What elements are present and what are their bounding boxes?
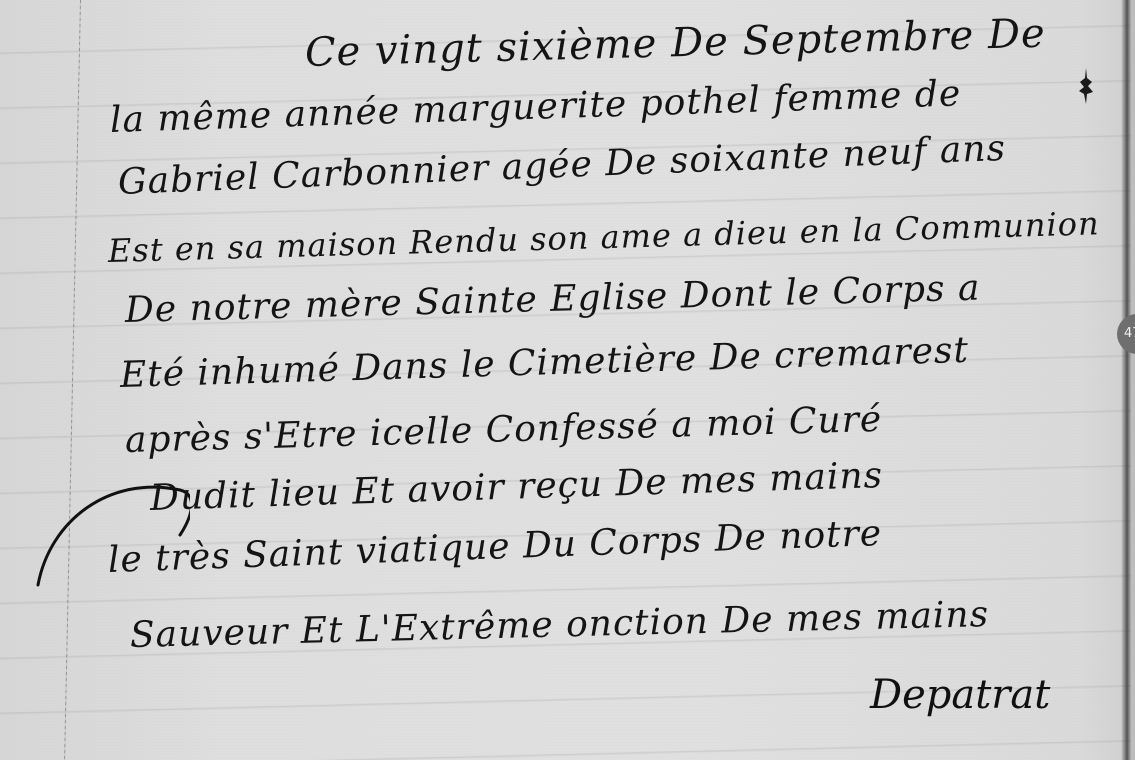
record-line-10: Sauveur Et L'Extrême onction De mes main… — [129, 594, 989, 656]
margin-rule — [64, 0, 81, 760]
record-line-3: Gabriel Carbonnier agée De soixante neuf… — [117, 128, 1007, 203]
record-line-8: Dudit lieu Et avoir reçu De mes mains — [149, 455, 883, 519]
record-line-7: après s'Etre icelle Confessé a moi Curé — [124, 399, 882, 461]
record-line-1: Ce vingt sixième De Septembre De — [304, 11, 1046, 76]
priest-signature: Depatrat — [870, 672, 1050, 718]
record-line-9: le très Saint viatique Du Corps De notre — [107, 513, 882, 581]
page-number-badge[interactable]: 47 — [1117, 314, 1135, 354]
document-page: Ce vingt sixième De Septembre De la même… — [0, 0, 1135, 760]
record-line-5: De notre mère Sainte Eglise Dont le Corp… — [124, 268, 980, 331]
binding-edge — [1131, 0, 1135, 760]
record-line-4: Est en sa maison Rendu son ame a dieu en… — [107, 204, 1100, 270]
record-line-2: la même année marguerite pothel femme de — [109, 73, 961, 141]
record-line-6: Eté inhumé Dans le Cimetière De cremares… — [119, 330, 969, 396]
binding-shadow — [1121, 0, 1131, 760]
ink-blot-icon — [1078, 68, 1094, 104]
